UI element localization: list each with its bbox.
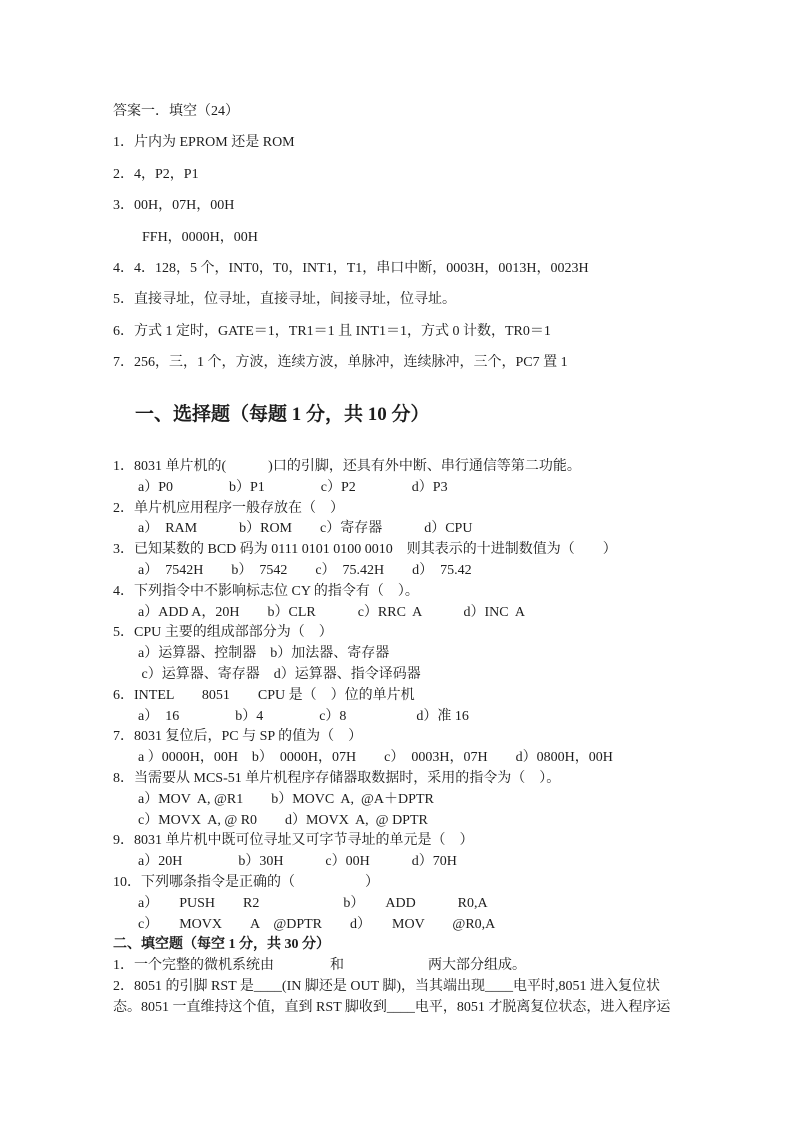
- fill-q1: 1．一个完整的微机系统由 和 两大部分组成。: [113, 956, 670, 977]
- mc-q2-stem: 2．单片机应用程序一般存放在（ ）: [113, 499, 670, 520]
- mc-q9-stem: 9．8031 单片机中既可位寻址又可字节寻址的单元是（ ）: [113, 831, 670, 852]
- answer-line-5: 5．直接寻址，位寻址，直接寻址，间接寻址，位寻址。: [113, 284, 589, 315]
- mc-q9-options: a）20H b）30H c）00H d）70H: [138, 852, 670, 873]
- mc-q10-options-cd: c） MOVX A @DPTR d） MOV @R0,A: [138, 915, 670, 936]
- document-page: 答案一．填空（24） 1．片内为 EPROM 还是 ROM 2．4，P2，P1 …: [0, 0, 793, 1122]
- mc-q2-options: a） RAM b）ROM c）寄存器 d）CPU: [138, 519, 670, 540]
- answer-line-3-continued: FFH，0000H，00H: [142, 222, 589, 253]
- answer-line-7: 7．256，三，1 个，方波，连续方波，单脉冲，连续脉冲，三个，PC7 置 1: [113, 347, 589, 378]
- mc-q8-options-cd: c）MOVX A, @ R0 d）MOVX A, @ DPTR: [138, 811, 670, 832]
- mc-q1-stem: 1．8031 单片机的( )口的引脚，还具有外中断、串行通信等第二功能。: [113, 457, 670, 478]
- answer-line-6: 6．方式 1 定时，GATE＝1，TR1＝1 且 INT1＝1，方式 0 计数，…: [113, 316, 589, 347]
- answer-line-3: 3．00H，07H，00H: [113, 190, 589, 221]
- mc-q8-options-ab: a）MOV A, @R1 b）MOVC A, @A＋DPTR: [138, 790, 670, 811]
- mc-q10-options-ab: a） PUSH R2 b） ADD R0,A: [138, 894, 670, 915]
- answer-line-1: 1．片内为 EPROM 还是 ROM: [113, 127, 589, 158]
- fill-q2-line2: 态。8051 一直维持这个值，直到 RST 脚收到____电平，8051 才脱离…: [113, 998, 670, 1019]
- mc-q5-options-cd: c）运算器、寄存器 d）运算器、指令译码器: [138, 665, 670, 686]
- multiple-choice-heading: 一、选择题（每题 1 分，共 10 分）: [135, 403, 430, 427]
- fill-q2-line1: 2．8051 的引脚 RST 是____(IN 脚还是 OUT 脚)，当其端出现…: [113, 977, 670, 998]
- mc-q4-stem: 4．下列指令中不影响标志位 CY 的指令有（ ）。: [113, 582, 670, 603]
- mc-q7-options: a ）0000H，00H b） 0000H，07H c） 0003H，07H d…: [138, 748, 670, 769]
- mc-q6-options: a） 16 b）4 c）8 d）准 16: [138, 707, 670, 728]
- mc-q3-stem: 3．已知某数的 BCD 码为 0111 0101 0100 0010 则其表示的…: [113, 540, 670, 561]
- answer-line-2: 2．4，P2，P1: [113, 159, 589, 190]
- mc-q8-stem: 8．当需要从 MCS-51 单片机程序存储器取数据时，采用的指令为（ ）。: [113, 769, 670, 790]
- mc-q10-stem: 10．下列哪条指令是正确的（ ）: [113, 873, 670, 894]
- answer-key-section: 答案一．填空（24） 1．片内为 EPROM 还是 ROM 2．4，P2，P1 …: [113, 96, 589, 379]
- mc-q4-options: a）ADD A，20H b）CLR c）RRC A d）INC A: [138, 603, 670, 624]
- fill-blank-heading: 二、填空题（每空 1 分，共 30 分）: [113, 935, 670, 956]
- answer-line-4: 4．4．128，5 个，INT0，T0，INT1，T1，串口中断，0003H，0…: [113, 253, 589, 284]
- mc-q3-options: a） 7542H b） 7542 c） 75.42H d） 75.42: [138, 561, 670, 582]
- question-body: 1．8031 单片机的( )口的引脚，还具有外中断、串行通信等第二功能。 a）P…: [113, 457, 670, 1019]
- mc-q6-stem: 6．INTEL 8051 CPU 是（ ）位的单片机: [113, 686, 670, 707]
- mc-q1-options: a）P0 b）P1 c）P2 d）P3: [138, 478, 670, 499]
- mc-q5-options-ab: a）运算器、控制器 b）加法器、寄存器: [138, 644, 670, 665]
- answer-key-title: 答案一．填空（24）: [113, 96, 589, 127]
- mc-q7-stem: 7．8031 复位后，PC 与 SP 的值为（ ）: [113, 727, 670, 748]
- mc-q5-stem: 5．CPU 主要的组成部部分为（ ）: [113, 623, 670, 644]
